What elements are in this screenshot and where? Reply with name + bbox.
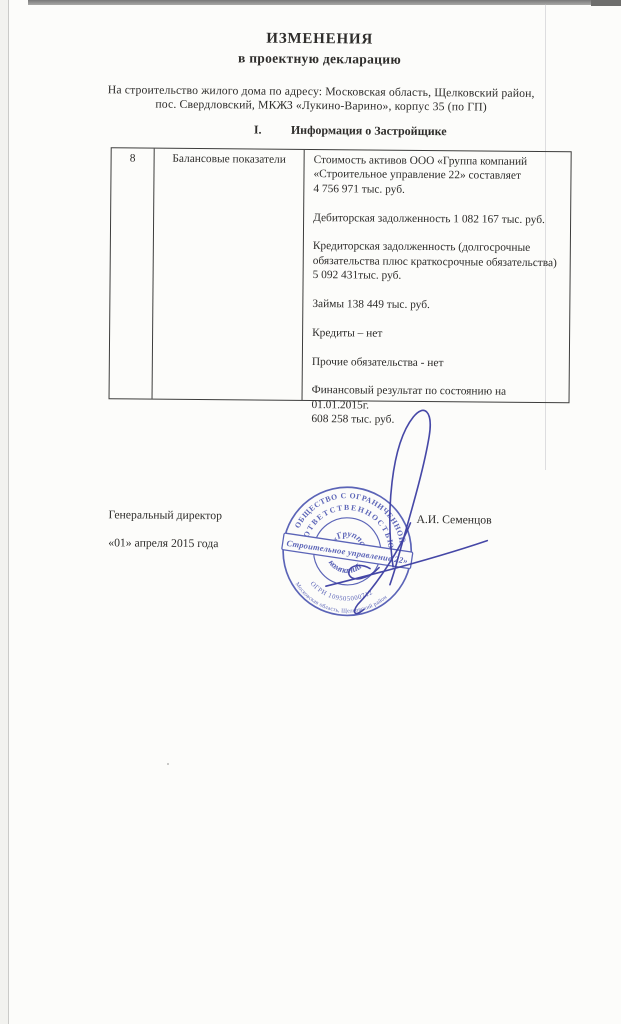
section-heading: I. Информация о Застройщике xyxy=(254,123,447,140)
paragraph-financial-result: Финансовый результат по состоянию на 01.… xyxy=(311,383,562,428)
signature-date: «01» апреля 2015 года xyxy=(108,536,218,550)
section-title: Информация о Застройщике xyxy=(291,123,447,139)
table-cell-row-number: 8 xyxy=(110,148,155,398)
stamp-seal-icon: ОБЩЕСТВО С ОГРАНИЧЕННОЙ Московская облас… xyxy=(278,482,417,621)
signatory-name: А.И. Семенцов xyxy=(416,513,491,527)
paragraph-payables: Кредиторская задолженность (долгосрочные… xyxy=(313,239,564,284)
paragraph-other-liabilities: Прочие обязательства - нет xyxy=(312,355,563,372)
section-number: I. xyxy=(254,123,291,138)
paper-content: ИЗМЕНЕНИЯ в проектную декларацию На стро… xyxy=(0,0,621,1024)
paragraph-assets: Стоимость активов ООО «Группа компаний «… xyxy=(313,153,564,198)
paragraph-credits: Кредиты – нет xyxy=(312,326,563,343)
paragraph-loans: Займы 138 449 тыс. руб. xyxy=(312,297,563,314)
table-cell-content: Стоимость активов ООО «Группа компаний «… xyxy=(303,150,571,402)
scanned-document-page: ИЗМЕНЕНИЯ в проектную декларацию На стро… xyxy=(0,0,621,1024)
company-seal-stamp: ОБЩЕСТВО С ОГРАНИЧЕННОЙ Московская облас… xyxy=(278,482,417,621)
table-cell-row-label: Балансовые показатели xyxy=(153,149,305,400)
signature-role: Генеральный директор xyxy=(108,508,222,522)
document-title: ИЗМЕНЕНИЯ xyxy=(0,28,621,51)
document-subtitle: в проектную декларацию xyxy=(0,48,621,70)
info-table: 8 Балансовые показатели Стоимость активо… xyxy=(109,147,572,403)
paragraph-receivables: Дебиторская задолженность 1 082 167 тыс.… xyxy=(313,211,564,228)
